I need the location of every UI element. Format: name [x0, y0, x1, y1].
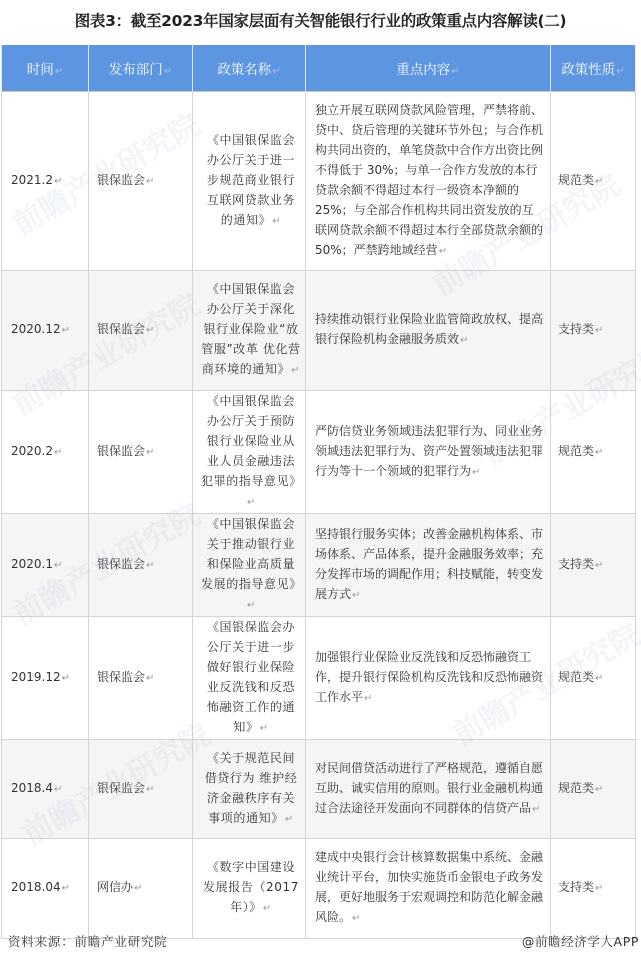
- table-row: 2020.12↵ 银保监会↵ 《中国银保监会办公厅关于深化银行业保险业“放管服”…: [2, 270, 636, 390]
- date-text: 2020.1: [11, 557, 53, 571]
- cell-policy-name: 《国银保监会办公厅关于进一步做好银行业保险业反洗钱和反恐怖融资工作的通知》↵: [193, 616, 306, 739]
- header-policy-nature: 政策性质↵: [551, 45, 636, 91]
- nature-text: 支持类: [558, 880, 594, 894]
- nature-text: 规范类: [558, 781, 594, 795]
- table-row: 2018.4↵ 银保监会↵ 《关于规范民间借贷行为 维护经济金融秩序有关事项的通…: [2, 739, 636, 838]
- content-text: 建成中央银行会计核算数据集中系统、金融业统计平台，加快实施货币金银电子政务发展，…: [315, 850, 543, 924]
- policy-table: 时间↵ 发布部门↵ 政策名称↵ 重点内容↵ 政策性质↵ 2021.2↵ 银保监会…: [1, 45, 636, 939]
- nature-text: 规范类: [558, 444, 594, 458]
- policy-name-text: 《关于规范民间借贷行为 维护经济金融秩序有关事项的通知》: [205, 751, 298, 825]
- cell-key-content: 独立开展互联网贷款风险管理，严禁将前、贷中、贷后管理的关键环节外包；与合作机构共…: [306, 91, 551, 270]
- table-row: 2019.12↵ 银保监会↵ 《国银保监会办公厅关于进一步做好银行业保险业反洗钱…: [2, 616, 636, 739]
- cell-policy-nature: 规范类↵: [551, 390, 636, 513]
- return-mark-icon: ↵: [532, 804, 540, 815]
- return-mark-icon: ↵: [272, 66, 280, 77]
- return-mark-icon: ↵: [54, 447, 62, 458]
- cell-policy-name: 《数字中国建设发展报告（2017 年）》↵: [193, 838, 306, 938]
- cell-date: 2020.1↵: [2, 513, 89, 616]
- credit-note: @前瞻经济学人APP: [522, 932, 639, 950]
- cell-date: 2020.12↵: [2, 270, 89, 390]
- return-mark-icon: ↵: [146, 560, 154, 571]
- cell-policy-nature: 规范类↵: [551, 739, 636, 838]
- table-header-row: 时间↵ 发布部门↵ 政策名称↵ 重点内容↵ 政策性质↵: [2, 45, 636, 91]
- return-mark-icon: ↵: [146, 784, 154, 795]
- figure-title: 图表3：截至2023年国家层面有关智能银行行业的政策重点内容解读(二): [0, 8, 641, 34]
- return-mark-icon: ↵: [595, 560, 603, 571]
- policy-name-text: 《中国银保监会办公厅关于预防银行业保险业从业人员金融违法犯罪的指导意见》: [201, 394, 302, 488]
- return-mark-icon: ↵: [55, 66, 63, 77]
- return-mark-icon: ↵: [272, 216, 281, 227]
- dept-text: 银保监会: [97, 173, 145, 187]
- dept-text: 银保监会: [97, 444, 145, 458]
- cell-key-content: 严防信贷业务领域违法犯罪行为、同业业务领域违法犯罪行为、资产处置领域违法犯罪行为…: [306, 390, 551, 513]
- cell-dept: 网信办↵: [89, 838, 193, 938]
- return-mark-icon: ↵: [595, 176, 603, 187]
- dept-text: 银保监会: [97, 781, 145, 795]
- header-date: 时间↵: [2, 45, 89, 91]
- date-text: 2018.4: [11, 781, 53, 795]
- return-mark-icon: ↵: [291, 365, 300, 376]
- content-text: 对民间借贷活动进行了严格规范，遵循自愿互助、诚实信用的原则。银行业金融机构通过合…: [315, 761, 543, 815]
- return-mark-icon: ↵: [146, 325, 154, 336]
- dept-text: 银保监会: [97, 670, 145, 684]
- return-mark-icon: ↵: [352, 913, 360, 924]
- header-label: 重点内容: [396, 62, 450, 78]
- return-mark-icon: ↵: [595, 447, 603, 458]
- table-row: 2021.2↵ 银保监会↵ 《中国银保监会办公厅关于进一步规范商业银行互联网贷款…: [2, 91, 636, 270]
- cell-key-content: 坚持银行服务实体；改善金融机构体系、市场体系、产品体系，提升金融服务效率；充分发…: [306, 513, 551, 616]
- nature-text: 支持类: [558, 322, 594, 336]
- return-mark-icon: ↵: [54, 176, 62, 187]
- dept-text: 银保监会: [97, 322, 145, 336]
- date-text: 2021.2: [11, 173, 53, 187]
- table-row: 2020.1↵ 银保监会↵ 《中国银保监会关于推动银行业和保险业高质量发展的指导…: [2, 513, 636, 616]
- nature-text: 支持类: [558, 557, 594, 571]
- return-mark-icon: ↵: [616, 66, 624, 77]
- header-dept: 发布部门↵: [89, 45, 193, 91]
- policy-name-text: 《中国银保监会关于推动银行业和保险业高质量发展的指导意见》: [201, 517, 302, 591]
- cell-policy-name: 《中国银保监会办公厅关于进一步规范商业银行互联网贷款业务的通知》↵: [193, 91, 306, 270]
- cell-date: 2019.12↵: [2, 616, 89, 739]
- cell-key-content: 建成中央银行会计核算数据集中系统、金融业统计平台，加快实施货币金银电子政务发展，…: [306, 838, 551, 938]
- cell-date: 2018.04↵: [2, 838, 89, 938]
- return-mark-icon: ↵: [146, 447, 154, 458]
- return-mark-icon: ↵: [164, 66, 172, 77]
- cell-policy-nature: 支持类↵: [551, 513, 636, 616]
- cell-dept: 银保监会↵: [89, 513, 193, 616]
- date-text: 2020.2: [11, 444, 53, 458]
- return-mark-icon: ↵: [260, 723, 269, 734]
- return-mark-icon: ↵: [595, 673, 603, 684]
- policy-name-text: 《中国银保监会办公厅关于深化银行业保险业“放管服”改革 优化营商环境的通知》: [201, 282, 300, 376]
- content-text: 坚持银行服务实体；改善金融机构体系、市场体系、产品体系，提升金融服务效率；充分发…: [315, 527, 543, 601]
- return-mark-icon: ↵: [134, 883, 142, 894]
- return-mark-icon: ↵: [460, 335, 468, 346]
- content-text: 加强银行业保险业反洗钱和反恐怖融资工作，提升银行保险机构反洗钱和反恐怖融资工作水…: [315, 650, 543, 704]
- return-mark-icon: ↵: [285, 814, 294, 825]
- policy-name-text: 《中国银保监会办公厅关于进一步规范商业银行互联网贷款业务的通知》: [207, 133, 295, 227]
- source-note: 资料来源：前瞻产业研究院: [8, 932, 168, 950]
- cell-key-content: 对民间借贷活动进行了严格规范，遵循自愿互助、诚实信用的原则。银行业金融机构通过合…: [306, 739, 551, 838]
- cell-dept: 银保监会↵: [89, 390, 193, 513]
- header-key-content: 重点内容↵: [306, 45, 551, 91]
- return-mark-icon: ↵: [146, 176, 154, 187]
- date-text: 2019.12: [11, 670, 61, 684]
- cell-dept: 银保监会↵: [89, 616, 193, 739]
- return-mark-icon: ↵: [352, 590, 360, 601]
- date-text: 2020.12: [11, 322, 61, 336]
- header-label: 发布部门: [109, 62, 163, 78]
- cell-policy-name: 《关于规范民间借贷行为 维护经济金融秩序有关事项的通知》↵: [193, 739, 306, 838]
- cell-key-content: 持续推动银行业保险业监管简政放权、提高银行保险机构金融服务质效↵: [306, 270, 551, 390]
- cell-policy-name: 《中国银保监会关于推动银行业和保险业高质量发展的指导意见》↵: [193, 513, 306, 616]
- dept-text: 网信办: [97, 880, 133, 894]
- return-mark-icon: ↵: [62, 883, 70, 894]
- policy-name-text: 《数字中国建设发展报告（2017 年）》: [203, 860, 299, 914]
- content-text: 严防信贷业务领域违法犯罪行为、同业业务领域违法犯罪行为、资产处置领域违法犯罪行为…: [315, 424, 543, 478]
- return-mark-icon: ↵: [247, 497, 256, 508]
- cell-date: 2018.4↵: [2, 739, 89, 838]
- nature-text: 规范类: [558, 670, 594, 684]
- header-policy-name: 政策名称↵: [193, 45, 306, 91]
- header-label: 政策名称: [217, 62, 271, 78]
- return-mark-icon: ↵: [263, 903, 272, 914]
- cell-date: 2021.2↵: [2, 91, 89, 270]
- cell-policy-nature: 规范类↵: [551, 91, 636, 270]
- nature-text: 规范类: [558, 173, 594, 187]
- content-text: 持续推动银行业保险业监管简政放权、提高银行保险机构金融服务质效: [315, 312, 543, 346]
- cell-policy-nature: 支持类↵: [551, 270, 636, 390]
- cell-policy-nature: 规范类↵: [551, 616, 636, 739]
- cell-dept: 银保监会↵: [89, 739, 193, 838]
- table-row: 2020.2↵ 银保监会↵ 《中国银保监会办公厅关于预防银行业保险业从业人员金融…: [2, 390, 636, 513]
- return-mark-icon: ↵: [247, 600, 256, 611]
- return-mark-icon: ↵: [439, 246, 447, 257]
- cell-date: 2020.2↵: [2, 390, 89, 513]
- return-mark-icon: ↵: [62, 325, 70, 336]
- content-text: 独立开展互联网贷款风险管理，严禁将前、贷中、贷后管理的关键环节外包；与合作机构共…: [315, 103, 543, 257]
- return-mark-icon: ↵: [146, 673, 154, 684]
- dept-text: 银保监会: [97, 557, 145, 571]
- header-label: 政策性质: [561, 62, 615, 78]
- date-text: 2018.04: [11, 880, 61, 894]
- header-label: 时间: [27, 62, 54, 78]
- return-mark-icon: ↵: [451, 66, 459, 77]
- return-mark-icon: ↵: [595, 784, 603, 795]
- return-mark-icon: ↵: [54, 784, 62, 795]
- cell-policy-nature: 支持类↵: [551, 838, 636, 938]
- return-mark-icon: ↵: [472, 467, 480, 478]
- return-mark-icon: ↵: [62, 673, 70, 684]
- table-row: 2018.04↵ 网信办↵ 《数字中国建设发展报告（2017 年）》↵ 建成中央…: [2, 838, 636, 938]
- policy-name-text: 《国银保监会办公厅关于进一步做好银行业保险业反洗钱和反恐怖融资工作的通知》: [207, 620, 295, 734]
- return-mark-icon: ↵: [364, 693, 372, 704]
- return-mark-icon: ↵: [595, 325, 603, 336]
- cell-dept: 银保监会↵: [89, 270, 193, 390]
- cell-dept: 银保监会↵: [89, 91, 193, 270]
- cell-policy-name: 《中国银保监会办公厅关于深化银行业保险业“放管服”改革 优化营商环境的通知》↵: [193, 270, 306, 390]
- cell-policy-name: 《中国银保监会办公厅关于预防银行业保险业从业人员金融违法犯罪的指导意见》↵: [193, 390, 306, 513]
- cell-key-content: 加强银行业保险业反洗钱和反恐怖融资工作，提升银行保险机构反洗钱和反恐怖融资工作水…: [306, 616, 551, 739]
- return-mark-icon: ↵: [54, 560, 62, 571]
- return-mark-icon: ↵: [595, 883, 603, 894]
